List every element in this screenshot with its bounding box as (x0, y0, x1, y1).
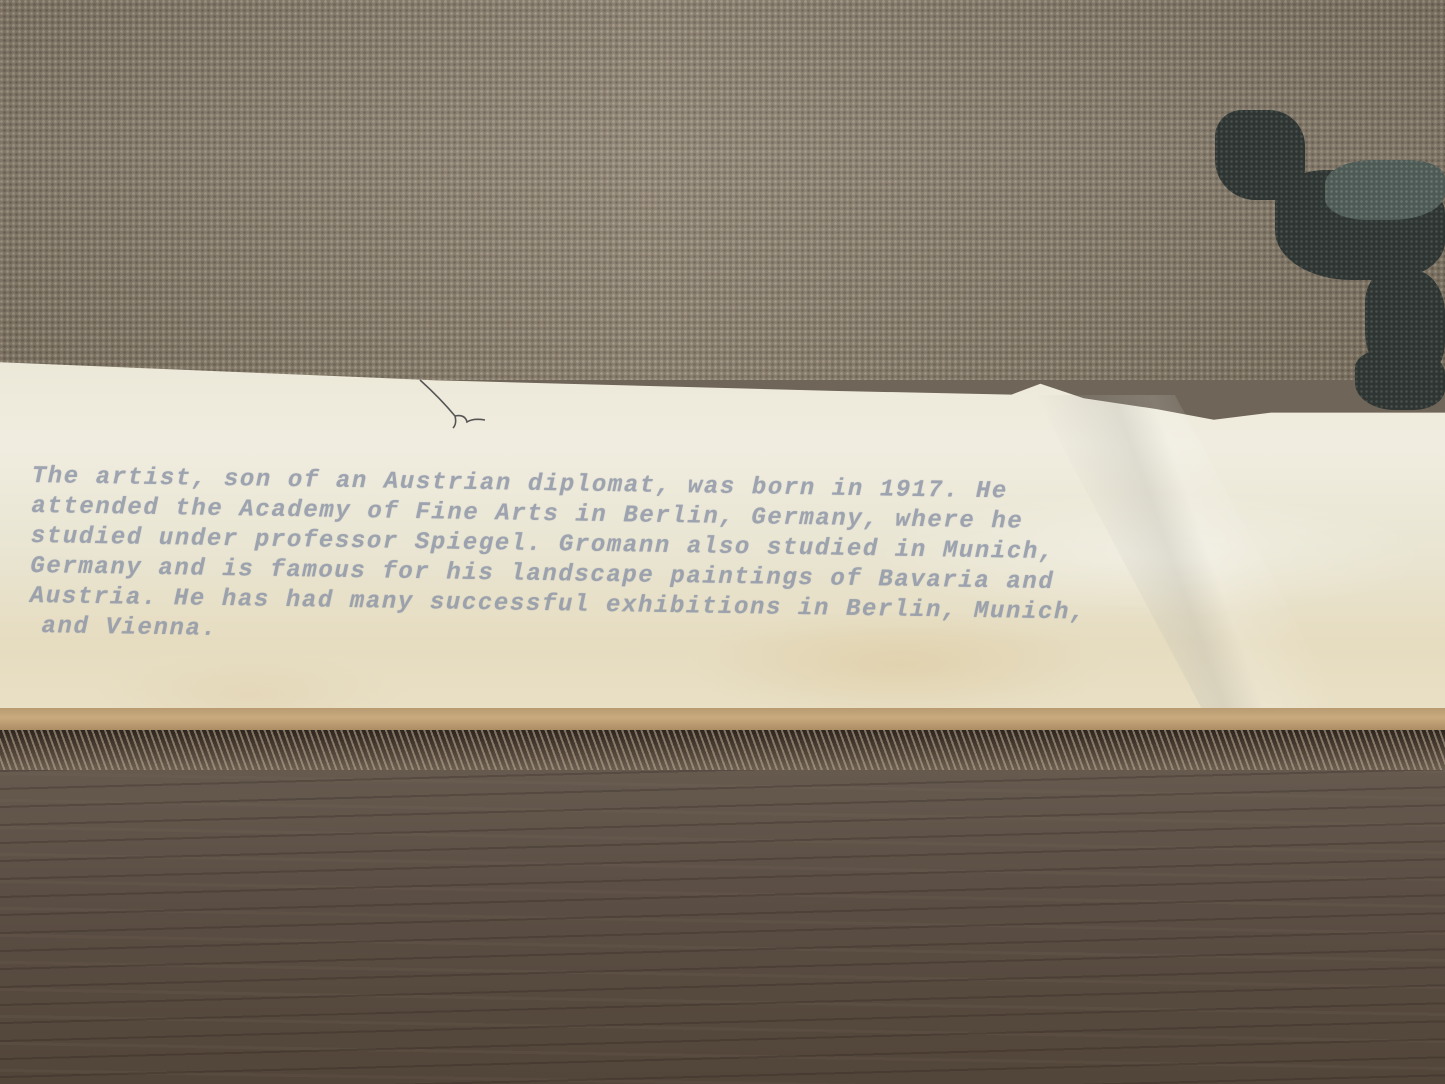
needlework-stitch-highlight (1325, 160, 1445, 220)
pen-scribble-mark (415, 378, 495, 438)
needlepoint-foliage (1175, 100, 1445, 440)
wood-table-surface (0, 770, 1445, 1084)
artist-biography-text: The artist, son of an Austrian diplomat,… (29, 462, 1432, 664)
needlework-stitch-area (1355, 350, 1445, 410)
frame-wood-edge (0, 708, 1445, 732)
